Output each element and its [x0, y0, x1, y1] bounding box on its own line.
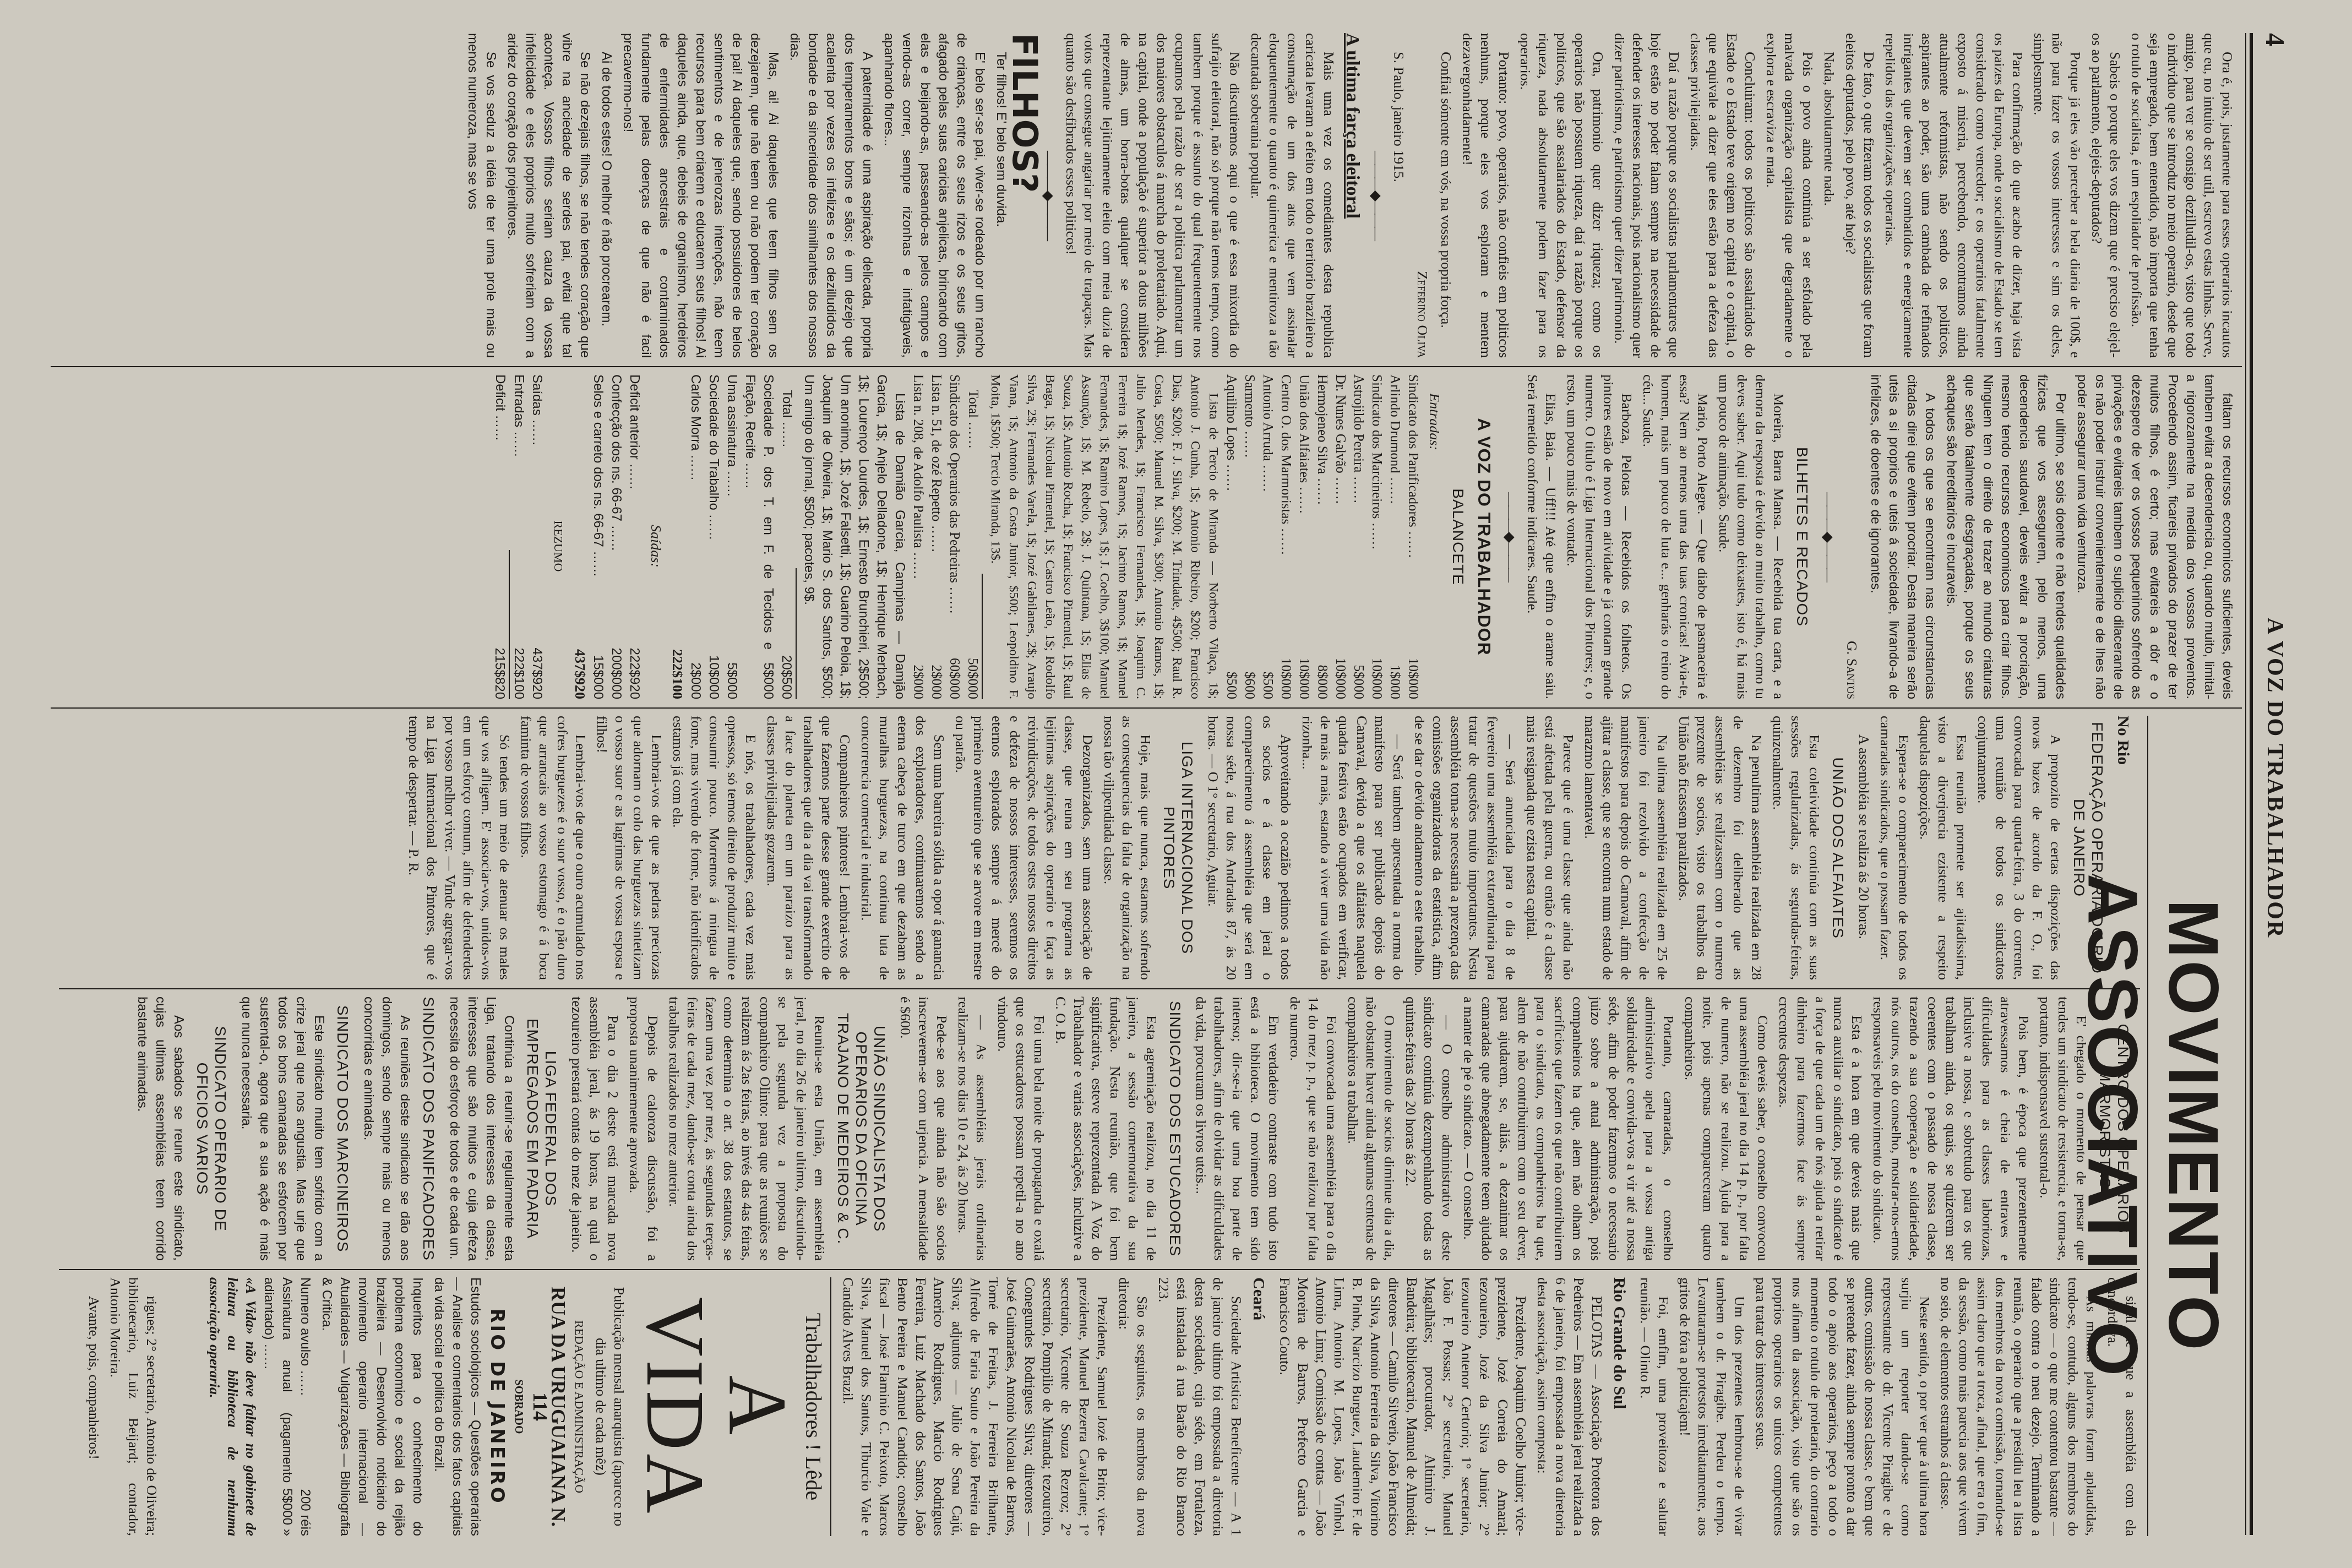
ceara-body: Sociedade Artistica Beneficente — A 1 de… [839, 1277, 1245, 1536]
closing-line: Avante, pois, companheiros! [85, 1277, 103, 1536]
column-mov-3: sinal de que a assembléia com ela concor… [59, 1277, 2140, 1536]
entradas-table: Sindicato dos Panificadores ……10$000Arli… [1222, 374, 1422, 699]
paragraph: Pois o povo ainda continúa a ser esfolad… [1762, 33, 1817, 358]
paragraph: Como deveis saber, o conselho convocou u… [1681, 997, 1772, 1261]
ad-address: RUA DA URUGUAIANA N. 114 [531, 1277, 567, 1536]
article-continued-2: faltam os recursos economicos suficiente… [1866, 374, 2236, 699]
article-continued: Ora é, pois, justamente para esses opera… [1437, 33, 2236, 358]
paragraph: Foi convocada uma assembléia para o dia … [1286, 997, 1341, 1261]
paragraph: Prezidente, Joaquim Coelho Junior; vice-… [1276, 1277, 1530, 1536]
ad-note: «A Vida» não deve faltar no gabinete de … [205, 1277, 260, 1536]
paragraph: Portanto, camaradas, o conselho administ… [1460, 997, 1678, 1261]
ledger-row: Sarmento ……$600 [1240, 374, 1259, 699]
paragraph: Portanto: povo, operarios, não confieis … [1458, 33, 1513, 358]
ledger-row: Arlindo Drumond ……1$000 [1386, 374, 1404, 699]
ledger-row: Sindicato dos Operarios das Pedreiras ……… [945, 374, 963, 699]
article-dateline: S. Paulo, janeiro 1915. [1390, 33, 1408, 358]
saidas-total: 437$920 [571, 374, 589, 699]
ledger-row: Centro O. dos Marmoristas ……10$000 [1277, 374, 1295, 699]
balancete-title: BALANCETE [1449, 374, 1467, 699]
paragraph: Só tendes um meio de atenuar os males qu… [405, 716, 514, 980]
paragraph: Mais uma vez os comediantes desta republ… [1247, 33, 1338, 358]
column-left: Ora é, pois, justamente para esses opera… [62, 33, 2236, 358]
federacao-body: A propozito de certas dispozições das no… [1855, 716, 2065, 980]
column-second: faltam os recursos economicos suficiente… [62, 374, 2236, 699]
ledger-row: Saídas ……437$920 [528, 374, 546, 699]
paragraph: Mario, Porto Alegre. — Que diabo de pasm… [1639, 374, 1712, 699]
paragraph: PELOTAS — Associação Protetora dos Pedre… [1533, 1277, 1606, 1536]
padaria-title: LIGA FEDERAL DOS EMPREGADOS EM PADARIA [524, 997, 560, 1261]
paragraph: A paternidade é uma aspiração delicada, … [786, 33, 876, 358]
paragraph: Por ultimo, se sois doente e não tendes … [1942, 374, 2070, 699]
section-rule [830, 1277, 831, 1536]
diretoria-tail: rigues; 2° secretario, Antonio de Olivei… [51, 1277, 161, 1536]
paragraph: Esta é a hora em que deveis mais que nun… [1775, 997, 1866, 1261]
paragraph: Ter filhos! E' belo sem duvida. [992, 33, 1010, 358]
paragraph: Este sindicato muito tem sofrido com a c… [237, 997, 328, 1261]
paragraph: As reuniões deste sindicato se dão aos d… [360, 997, 414, 1261]
oficios-title: SINDICATO OPERARIO DE OFICIOS VARIOS [193, 997, 230, 1261]
column-divider [51, 707, 2242, 709]
ledger-row: Carlos Morra ……2$000 [687, 374, 705, 699]
paragraph: Foi uma bela noite de propaganda e oxalá… [994, 997, 1048, 1261]
paragraph: Espera-se o comparecimento de todos os c… [1876, 716, 1913, 980]
rgs-heading: Rio Grande do Sul [1610, 1277, 1629, 1536]
diretoria-tail-text: rigues; 2° secretario, Antonio de Olivei… [106, 1277, 161, 1536]
paragraph: Lembrai-vos de que as pedras preciozas q… [593, 716, 666, 980]
paragraph: Lembrai-vos de que o ouro acumulado nos … [517, 716, 590, 980]
ledger-row: Numero avulso ……200 réis [296, 1277, 314, 1536]
ad-kicker: Trabalhadores ! Lêde [804, 1277, 823, 1536]
bilhetes-body: Moreira, Barra Mansa. — Recebida tua car… [1523, 374, 1788, 699]
entradas-label: Entradas: [1425, 374, 1444, 699]
ad-city: RIO DE JANEIRO [488, 1277, 506, 1536]
marcineiros-title: SINDICATO DOS MARCINEIROS [334, 997, 352, 1261]
ornament-divider: ———◆——— [1367, 33, 1385, 358]
paragraph: Na penultima assembléia realizada em 28 … [1675, 716, 1766, 980]
ledger-row: Sociedade do Trabalho ……10$000 [705, 374, 723, 699]
estucadores-body: Esta agremiação realizou, no dia 11 de j… [896, 997, 1161, 1261]
paragraph: Aproveitando a ocazião pedimos a todos o… [1204, 716, 1295, 980]
paragraph: A propozito de certas dispozições das no… [1974, 716, 2065, 980]
paragraph: Dezorganizados, sem uma associação de cl… [951, 716, 1097, 980]
alfaiates-title: UNIÃO DOS ALFAIATES [1829, 716, 1847, 980]
trajano-title: UNIÃO SINDICALISTA DOS OPERARIOS DA OFIC… [834, 997, 889, 1261]
ledger-row: Hermojeneo Silva ……8$000 [1313, 374, 1331, 699]
paragraph: Sociedade Artistica Beneficente — A 1 de… [1155, 1277, 1245, 1536]
paragraph: E nós, os trabalhadores, cada vez mais o… [669, 716, 760, 980]
marmoristas-body: E' chegado o momento de pensar que tende… [1192, 997, 2090, 1261]
paragraph: Esta coletividade continúa com as suas s… [1769, 716, 1823, 980]
padaria-body: Continúa a reunir-se regularmente esta L… [445, 997, 518, 1261]
oficios-body: Aos sabados se reune este sindicato, cuj… [133, 997, 188, 1261]
entradas-total: 222$100 [668, 374, 687, 699]
paragraph: Mas, ai! Ai daqueles que teem filhos sem… [619, 33, 782, 358]
masthead-title: A VOZ DO TRABALHADOR [2262, 618, 2288, 939]
paragraph: Moreira, Barra Mansa. — Recebida tua car… [1715, 374, 1788, 699]
ad-topics-1: Estudos sociolojicos — Questões operaria… [430, 1277, 484, 1536]
banner-rule [2147, 716, 2148, 1536]
ledger-row: Lista n. 51, de ozé Repetto ……2$000 [927, 374, 945, 699]
paragraph: Sem uma barreira sólida a opor á gananci… [857, 716, 948, 980]
paragraph: — As assembléias jerais ordinarias reali… [954, 997, 990, 1261]
ornament-divider: ———◆——— [1501, 374, 1519, 699]
panificadores-body: As reuniões deste sindicato se dão aos d… [360, 997, 414, 1261]
liga-pintores-title: LIGA INTERNACIONAL DOS PINTORES [1160, 716, 1196, 980]
paragraph: — Será anunciada para o dia 8 de feverei… [1411, 716, 1520, 980]
ledger-row: Sindicato dos Marcineiros ……10$000 [1368, 374, 1386, 699]
lista-tercio-total: Total ……50$000 [963, 374, 983, 699]
estucadores-title: SINDICATO DOS ESTUCADORES [1166, 997, 1184, 1261]
paragraph: Elias, Baía. — Uff!!! Até que enfim o ar… [1523, 374, 1560, 699]
ledger-row: Total ……20$500 [777, 374, 796, 699]
lista-damiao: Lista de Damião Garcia, Campinas — Damjã… [800, 374, 909, 699]
lista-tercio: Lista de Tercio de Miranda — Norberto Vi… [986, 374, 1222, 699]
paragraph: Porque já eles vão perceber a bela diari… [2030, 33, 2084, 358]
balancete-paper-title: A VOZ DO TRABALHADOR [1475, 374, 1493, 699]
paragraph: Em verdadeiro contraste com tudo isto es… [1192, 997, 1283, 1261]
paragraph: De fato, o que fizeram todos os socialis… [1842, 33, 1878, 358]
ledger-row: Confecção dos ns. 66-67 ……200$000 [607, 374, 625, 699]
ledger-row: Total ……50$000 [963, 374, 982, 699]
rgs-body: PELOTAS — Associação Protetora dos Pedre… [1276, 1277, 1606, 1536]
ad-title: A VIDA [634, 1277, 799, 1536]
ledger-row: Lista n. 208, de Adolfo Paulista ……2$000 [909, 374, 927, 699]
column-divider [59, 988, 2140, 989]
bilhetes-title: BILHETES E RECADOS [1793, 374, 1811, 699]
ad-prices: Numero avulso ……200 réisAssinatura anual… [260, 1277, 314, 1536]
paragraph: Sabeis o porque eles vos dizem que é pre… [2088, 33, 2124, 358]
head-rule [2250, 33, 2253, 1535]
ad-description: Publicação mensal anarquista (aparece no… [592, 1277, 628, 1536]
ad-floor: SOBRADO [509, 1277, 527, 1536]
paragraph: Não discutiremos aqui o que é essa mixor… [1062, 33, 1244, 358]
paragraph: Aos sabados se reune este sindicato, cuj… [133, 997, 188, 1261]
entradas-table-2: Sindicato dos Operarios das Pedreiras ……… [909, 374, 963, 699]
paragraph: Prezidente, Samuel Jozé de Brito; vice-p… [839, 1277, 1112, 1536]
paragraph: Se não dezejais filhos, se não tendes co… [503, 33, 594, 358]
paragraph: Na ultima assembléia realizada em 25 de … [1581, 716, 1672, 980]
paragraph: Ora é, pois, justamente para esses opera… [2127, 33, 2236, 358]
column-divider [51, 366, 2242, 367]
paragraph: Foi, emfim, uma proveitoza e salutar reu… [1636, 1277, 1673, 1536]
farsa-body: Mais uma vez os comediantes desta republ… [1062, 33, 1338, 358]
paragraph: Pede-se aos que ainda não são socios ins… [896, 997, 951, 1261]
ceara-heading: Ceará [1250, 1277, 1268, 1536]
page-number: 4 [2260, 33, 2290, 47]
paragraph: Para o dia 2 deste está marcada nova ass… [568, 997, 622, 1261]
ledger-row: União dos Alfaiates ……10$000 [1295, 374, 1313, 699]
paragraph: São os seguintes, os membros da nova dir… [1115, 1277, 1151, 1536]
federacao-title: FEDERAÇÃO OPERARIA DO RIO DE JANEIRO [2070, 716, 2106, 980]
paragraph: faltam os recursos economicos suficiente… [2073, 374, 2236, 699]
head-rule-thin [2245, 33, 2246, 1535]
paragraph: Parece que é uma classe que ainda não es… [1523, 716, 1577, 980]
ledger-row: Antonio Arruda ……$500 [1259, 374, 1277, 699]
paragraph: Confiai sómente em vós, na vossa propria… [1437, 33, 1455, 358]
ad-redacao: REDAÇÃO E ADMINISTRAÇÃO [570, 1277, 589, 1536]
paragraph: A assembléia se realiza ás 20 horas. [1855, 716, 1873, 980]
newspaper-page: 4 A VOZ DO TRABALHADOR Ora é, pois, just… [0, 0, 2352, 1568]
panificadores-title: SINDICATO DOS PANIFICADORES [420, 997, 438, 1261]
paragraph: — Será tambem apresentada a norma do man… [1298, 716, 1407, 980]
paragraph: Ora, patrimonio quer dizer riqueza; como… [1516, 33, 1607, 358]
ledger-row: Uma assinatura ……5$000 [723, 374, 741, 699]
paragraph: Reuniu-se esta União, em assembléia jera… [665, 997, 829, 1261]
paragraph: sinal de que a assembléia com ela concor… [2104, 1277, 2140, 1536]
paragraph: Concluiram: todos os politicos são assal… [1686, 33, 1759, 358]
marcineiros-body: Este sindicato muito tem sofrido com a c… [237, 997, 328, 1261]
paragraph: Pois bem, é época que prezentemente atra… [1869, 997, 2033, 1261]
no-rio-heading: No Rio [2114, 716, 2132, 980]
resumo-table: Saídas ……437$920Entradas ……222$100 [510, 374, 546, 699]
eleicao-body: sinal de que a assembléia com ela concor… [1636, 1277, 2140, 1536]
a-vida-advertisement: Trabalhadores ! Lêde A VIDA Publicação m… [205, 1277, 823, 1536]
saidas-label: Saídas: [647, 374, 665, 699]
resumo-label: REZUMO [549, 374, 568, 699]
trajano-body: Reuniu-se esta União, em assembléia jera… [568, 997, 829, 1261]
paragraph: A todos os que se encontram nas circunst… [1866, 374, 1939, 699]
alfaiates-body: Esta coletividade continúa com as suas s… [1204, 716, 1823, 980]
marmoristas-title: CENTRO DOS OPERARIOS MARMORISTAS [2096, 997, 2132, 1261]
ledger-row: Sindicato dos Panificadores ……10$000 [1404, 374, 1422, 699]
ledger-row: Deficit ……215$820 [491, 374, 509, 699]
article-signature: Zeferino Oliva [1413, 33, 1431, 358]
paragraph: Neste sentido, o por ver que á ultima ho… [1752, 1277, 1934, 1536]
column-mov-2: CENTRO DOS OPERARIOS MARMORISTAS E' cheg… [59, 997, 2140, 1261]
paragraph: Se vos seduz a idéia de ter uma prole ma… [464, 33, 500, 358]
ledger-row: Aquilino Lopes ……$500 [1222, 374, 1240, 699]
paragraph: — O conselho administrativo deste sindic… [1402, 997, 1456, 1261]
paragraph: Daí a razão porque os socialistas parlam… [1610, 33, 1683, 358]
ledger-row: Astrojildo Pereira ……5$000 [1349, 374, 1368, 699]
paragraph: Hoje, mais que nunca, estamos sofrendo a… [1100, 716, 1155, 980]
deficit-row: Deficit ……215$820 [491, 374, 510, 699]
entradas-table-3: Sociedade P. dos T. em F. de Tecidos e F… [687, 374, 777, 699]
column-mov-1: No Rio FEDERAÇÃO OPERARIA DO RIO DE JANE… [59, 716, 2140, 980]
filhos-body: Ter filhos! E' belo sem duvida.E' belo s… [464, 33, 1010, 358]
paragraph: Ai de todos estes! O melhor é não procre… [597, 33, 616, 358]
paragraph: Um dos prezentes lembrou-se de vivar tam… [1676, 1277, 1749, 1536]
paragraph: Companheiros pintores! Lembrai-vos de qu… [763, 716, 854, 980]
paragraph: O movimento de socios diminue dia a dia,… [1344, 997, 1398, 1261]
running-head: 4 A VOZ DO TRABALHADOR [2258, 33, 2291, 1535]
column-divider [59, 1269, 2140, 1270]
paragraph: Continúa a reunir-se regularmente esta L… [445, 997, 518, 1261]
liga-body: Hoje, mais que nunca, estamos sofrendo a… [405, 716, 1155, 980]
ad-topics-2: Inqueritos para o conhecimento do proble… [318, 1277, 427, 1536]
paragraph: Depois de caloroza discussão, foi a prop… [625, 997, 662, 1261]
paragraph: E' belo ser-se pai, viver-se rodeado por… [880, 33, 989, 358]
paragraph: As minhas palavras foram aplaudidas, ten… [1937, 1277, 2100, 1536]
saidas-table: Deficit anterior ……222$920Confecção dos … [589, 374, 644, 699]
ledger-row: Sociedade P. dos T. em F. de Tecidos e F… [741, 374, 777, 699]
article-signature-2: G. Santos [1843, 374, 1861, 699]
ledger-row: Deficit anterior ……222$920 [625, 374, 644, 699]
ledger-row: Selos e carreto dos ns. 66-67 ……15$000 [589, 374, 607, 699]
paragraph: Barboza, Pelotas — Recebidos os folhetos… [1563, 374, 1636, 699]
ledger-row: Dr. Nunes Galvão ……10$000 [1331, 374, 1349, 699]
paragraph: Para confirmação do que acabo de dizer, … [1881, 33, 2027, 358]
lista-damiao-total: Total ……20$500 [777, 374, 797, 699]
paragraph: Nada, absolutamente nada. [1820, 33, 1838, 358]
farsa-title: A ultima farça eleitoral [1343, 33, 1362, 358]
ornament-divider: ———◆——— [1819, 374, 1837, 699]
filhos-title: FILHOS? [1016, 33, 1034, 358]
paragraph: E' chegado o momento de pensar que tende… [2036, 997, 2090, 1261]
ledger-row: Assinatura anual (pagamento adiantado) …… [260, 1277, 296, 1536]
paragraph: Essa reunião promete ser ajitadissima, v… [1916, 716, 1970, 980]
paragraph: Esta agremiação realizou, no dia 11 de j… [1052, 997, 1161, 1261]
ledger-row: Entradas ……222$100 [510, 374, 528, 699]
